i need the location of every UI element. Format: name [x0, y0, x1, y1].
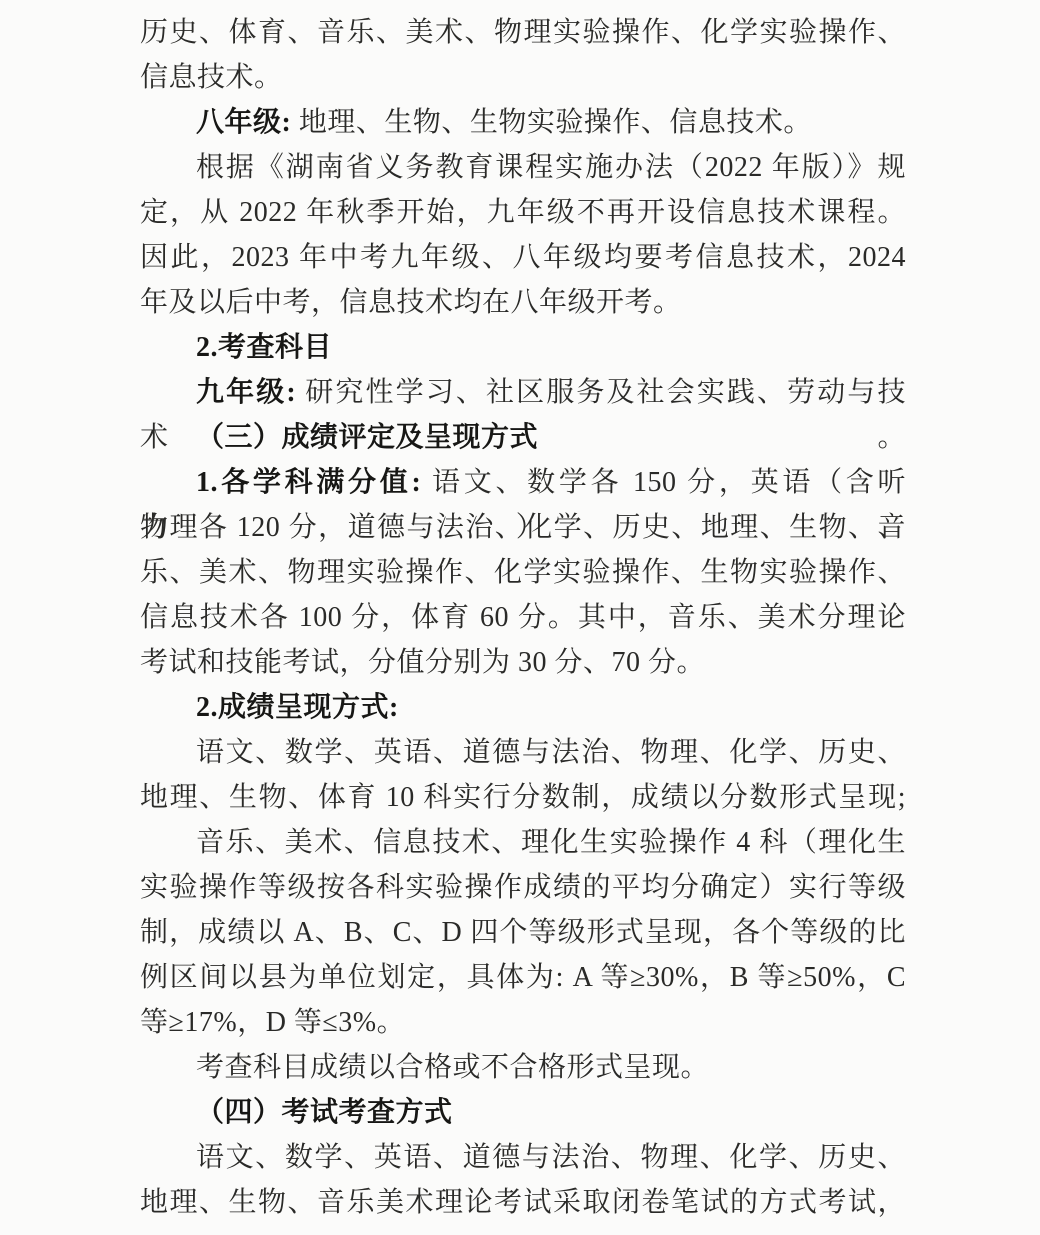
- text-line: 等≥17%，D 等≤3%。: [140, 1000, 906, 1045]
- body-text-segment: 实验操作等级按各科实验操作成绩的平均分确定）实行等级: [140, 872, 906, 903]
- text-line: 地理、生物、体育 10 科实行分数制，成绩以分数形式呈现;: [140, 775, 906, 820]
- body-text-segment: 地理、生物、生物实验操作、信息技术。: [291, 107, 812, 138]
- text-line: 音乐、美术、信息技术、理化生实验操作 4 科（理化生: [140, 820, 906, 865]
- body-text-segment: 等≥17%，D 等≤3%。: [140, 1007, 405, 1038]
- text-line: 因此，2023 年中考九年级、八年级均要考信息技术，2024: [140, 235, 906, 280]
- document-page: 历史、体育、音乐、美术、物理实验操作、化学实验操作、信息技术。八年级: 地理、生…: [0, 0, 1040, 1235]
- heading-text-segment: 2.成绩呈现方式:: [196, 692, 399, 723]
- text-line: 语文、数学、英语、道德与法治、物理、化学、历史、: [140, 730, 906, 775]
- body-text-segment: 物理各 120 分，道德与法治、化学、历史、地理、生物、音: [140, 512, 906, 543]
- heading-text-segment: （四）考试考查方式: [196, 1097, 453, 1128]
- body-text-segment: 制，成绩以 A、B、C、D 四个等级形式呈现，各个等级的比: [140, 917, 906, 948]
- text-line: 1.各学科满分值: 语文、数学各 150 分，英语（含听力）、: [140, 460, 906, 505]
- body-text-segment: 年及以后中考，信息技术均在八年级开考。: [140, 287, 682, 318]
- text-line: 根据《湖南省义务教育课程实施办法（2022 年版）》规: [140, 145, 906, 190]
- heading-text-segment: 八年级:: [196, 107, 291, 138]
- text-line: 例区间以县为单位划定，具体为: A 等≥30%，B 等≥50%，C: [140, 955, 906, 1000]
- body-text-segment: 信息技术。: [140, 62, 283, 93]
- body-text-segment: 信息技术各 100 分，体育 60 分。其中，音乐、美术分理论: [140, 602, 906, 633]
- text-line: 地理、生物、音乐美术理论考试采取闭卷笔试的方式考试，: [140, 1180, 906, 1225]
- body-text-segment: 地理、生物、体育 10 科实行分数制，成绩以分数形式呈现;: [140, 782, 906, 813]
- body-text-segment: 语文、数学、英语、道德与法治、物理、化学、历史、: [196, 737, 906, 768]
- text-line: 定，从 2022 年秋季开始，九年级不再开设信息技术课程。: [140, 190, 906, 235]
- text-line: 制，成绩以 A、B、C、D 四个等级形式呈现，各个等级的比: [140, 910, 906, 955]
- body-text-segment: 地理、生物、音乐美术理论考试采取闭卷笔试的方式考试，: [140, 1187, 906, 1218]
- heading-text-segment: 九年级:: [196, 377, 296, 408]
- text-line: （四）考试考查方式: [140, 1090, 906, 1135]
- text-line: 考试和技能考试，分值分别为 30 分、70 分。: [140, 640, 906, 685]
- body-text-segment: 根据《湖南省义务教育课程实施办法（2022 年版）》规: [196, 152, 906, 183]
- text-line: 信息技术各 100 分，体育 60 分。其中，音乐、美术分理论: [140, 595, 906, 640]
- text-line: 考查科目成绩以合格或不合格形式呈现。: [140, 1045, 906, 1090]
- body-text-segment: 历史、体育、音乐、美术、物理实验操作、化学实验操作、: [140, 17, 906, 48]
- text-line: 实验操作等级按各科实验操作成绩的平均分确定）实行等级: [140, 865, 906, 910]
- text-line: 信息技术。: [140, 55, 906, 100]
- body-text-segment: 音乐、美术、信息技术、理化生实验操作 4 科（理化生: [196, 827, 906, 858]
- document-body: 历史、体育、音乐、美术、物理实验操作、化学实验操作、信息技术。八年级: 地理、生…: [140, 10, 906, 1225]
- text-line: 2.考查科目: [140, 325, 906, 370]
- body-text-segment: 因此，2023 年中考九年级、八年级均要考信息技术，2024: [140, 242, 906, 273]
- text-line: 物理各 120 分，道德与法治、化学、历史、地理、生物、音: [140, 505, 906, 550]
- body-text-segment: 考查科目成绩以合格或不合格形式呈现。: [196, 1052, 709, 1083]
- text-line: 九年级: 研究性学习、社区服务及社会实践、劳动与技术。: [140, 370, 906, 415]
- heading-text-segment: 2.考查科目: [196, 332, 332, 363]
- text-line: 八年级: 地理、生物、生物实验操作、信息技术。: [140, 100, 906, 145]
- body-text-segment: 考试和技能考试，分值分别为 30 分、70 分。: [140, 647, 705, 678]
- heading-text-segment: 1.各学科满分值:: [196, 467, 421, 498]
- text-line: 乐、美术、物理实验操作、化学实验操作、生物实验操作、: [140, 550, 906, 595]
- body-text-segment: 定，从 2022 年秋季开始，九年级不再开设信息技术课程。: [140, 197, 906, 228]
- heading-text-segment: （三）成绩评定及呈现方式: [196, 422, 538, 453]
- text-line: 2.成绩呈现方式:: [140, 685, 906, 730]
- text-line: 年及以后中考，信息技术均在八年级开考。: [140, 280, 906, 325]
- body-text-segment: 语文、数学、英语、道德与法治、物理、化学、历史、: [196, 1142, 906, 1173]
- body-text-segment: 例区间以县为单位划定，具体为: A 等≥30%，B 等≥50%，C: [140, 962, 906, 993]
- text-line: 语文、数学、英语、道德与法治、物理、化学、历史、: [140, 1135, 906, 1180]
- text-line: 历史、体育、音乐、美术、物理实验操作、化学实验操作、: [140, 10, 906, 55]
- body-text-segment: 乐、美术、物理实验操作、化学实验操作、生物实验操作、: [140, 557, 906, 588]
